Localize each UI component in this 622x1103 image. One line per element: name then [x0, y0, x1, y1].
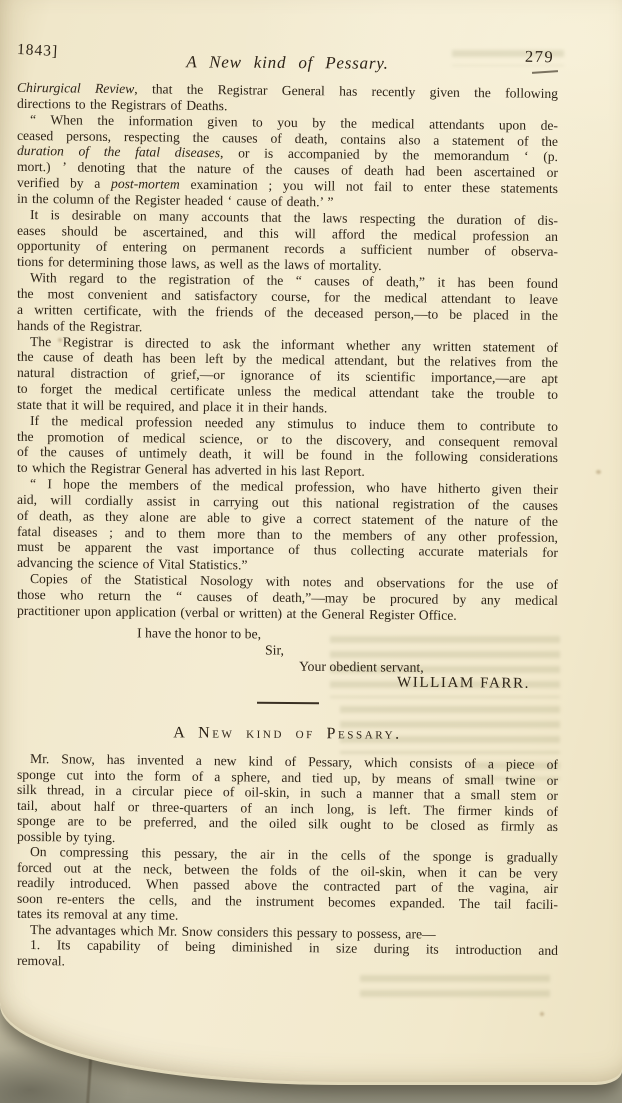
- scanned-page: 1843] A New kind of Pessary. 279 Chirurg…: [0, 0, 622, 1082]
- letter-closing: I have the honor to be, Sir, Your obedie…: [17, 629, 558, 694]
- paragraph: If the medical profession needed any sti…: [17, 419, 558, 482]
- signature: WILLIAM FARR.: [17, 672, 558, 694]
- paragraph: On compressing this pessary, the air in …: [17, 850, 558, 928]
- paragraph: 1. Its capability of being diminished in…: [17, 943, 558, 974]
- letter-body: Chirurgical Review, that the Registrar G…: [17, 86, 558, 625]
- section-divider: [256, 702, 318, 705]
- article-body: Mr. Snow, has invented a new kind of Pes…: [17, 757, 558, 974]
- paragraph: It is desirable on many accounts that th…: [17, 213, 558, 276]
- page-content: 1843] A New kind of Pessary. 279 Chirurg…: [17, 0, 558, 974]
- paragraph: “ When the information given to you by t…: [17, 118, 558, 213]
- paragraph: The Registrar is directed to ask the inf…: [17, 340, 558, 419]
- page-number: 279: [525, 47, 555, 67]
- running-title: A New kind of Pessary.: [17, 51, 558, 75]
- bleed-through-smudge: [360, 975, 550, 1005]
- paragraph: Copies of the Statistical Nosology with …: [17, 577, 558, 625]
- paragraph: Mr. Snow, has invented a new kind of Pes…: [17, 757, 558, 850]
- page-header: 1843] A New kind of Pessary. 279: [17, 0, 558, 78]
- paragraph: “ I hope the members of the medical prof…: [17, 482, 558, 577]
- article-heading: A New kind of Pessary.: [17, 724, 558, 745]
- paragraph: With regard to the registration of the “…: [17, 276, 558, 339]
- foxing-spot: [540, 1012, 544, 1016]
- foxing-spot: [596, 470, 601, 474]
